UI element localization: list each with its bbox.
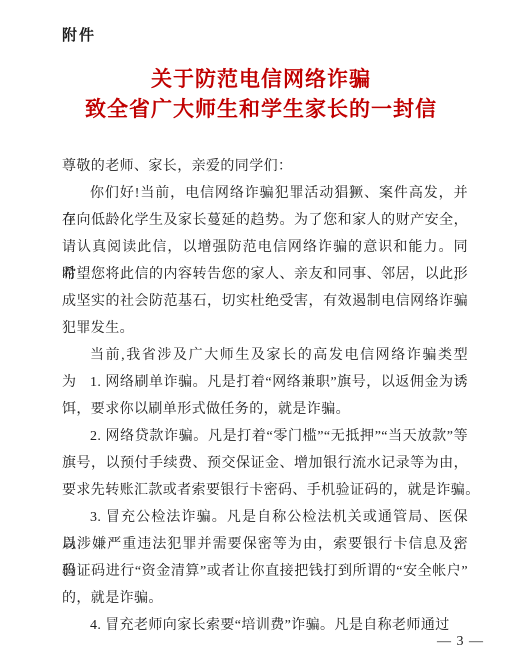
body-line-2: 你们好!当前，电信网络诈骗犯罪活动猖獗、案件高发，并存 — [62, 180, 468, 207]
body-line-16: 验证码进行“资金清算”或者让你直接把钱打到所谓的“安全帐户” — [62, 558, 468, 585]
body-line-10: 饵，要求你以刷单形式做任务的，就是诈骗。 — [62, 396, 468, 423]
body-line-8: 当前,我省涉及广大师生及家长的高发电信网络诈骗类型为： — [62, 342, 468, 369]
body-line-14: 3. 冒充公检法诈骗。凡是自称公检法机关或通管局、医保局， — [62, 504, 468, 531]
body-line-12: 旗号，以预付手续费、预交保证金、增加银行流水记录等为由， — [62, 450, 468, 477]
body-line-3: 在向低龄化学生及家长蔓延的趋势。为了您和家人的财产安全， — [62, 207, 468, 234]
document-title: 关于防范电信网络诈骗 致全省广大师生和学生家长的一封信 — [0, 64, 522, 124]
body-line-17: 的，就是诈骗。 — [62, 585, 468, 612]
body-line-7: 犯罪发生。 — [62, 315, 468, 342]
page-number: — 3 — — [437, 634, 484, 650]
letter-body: 尊敬的老师、家长，亲爱的同学们：你们好!当前，电信网络诈骗犯罪活动猖獗、案件高发… — [62, 153, 468, 639]
body-line-6: 成坚实的社会防范基石，切实杜绝受害，有效遏制电信网络诈骗 — [62, 288, 468, 315]
body-line-11: 2. 网络贷款诈骗。凡是打着“零门槛”“无抵押”“当天放款”等 — [62, 423, 468, 450]
body-line-4: 请认真阅读此信，以增强防范电信网络诈骗的意识和能力。同时， — [62, 234, 468, 261]
body-line-13: 要求先转账汇款或者索要银行卡密码、手机验证码的，就是诈骗。 — [62, 477, 468, 504]
attachment-label: 附件 — [62, 24, 96, 45]
body-line-9: 1. 网络刷单诈骗。凡是打着“网络兼职”旗号，以返佣金为诱 — [62, 369, 468, 396]
body-line-15: 以涉嫌严重违法犯罪并需要保密等为由，索要银行卡信息及密码、 — [62, 531, 468, 558]
body-line-1: 尊敬的老师、家长，亲爱的同学们： — [62, 153, 468, 180]
title-line-1: 关于防范电信网络诈骗 — [0, 64, 522, 94]
title-line-2: 致全省广大师生和学生家长的一封信 — [0, 94, 522, 124]
body-line-5: 希望您将此信的内容转告您的家人、亲友和同事、邻居，以此形 — [62, 261, 468, 288]
body-line-18: 4. 冒充老师向家长索要“培训费”诈骗。凡是自称老师通过 — [62, 612, 468, 639]
document-page: 附件 关于防范电信网络诈骗 致全省广大师生和学生家长的一封信 尊敬的老师、家长，… — [0, 0, 522, 672]
